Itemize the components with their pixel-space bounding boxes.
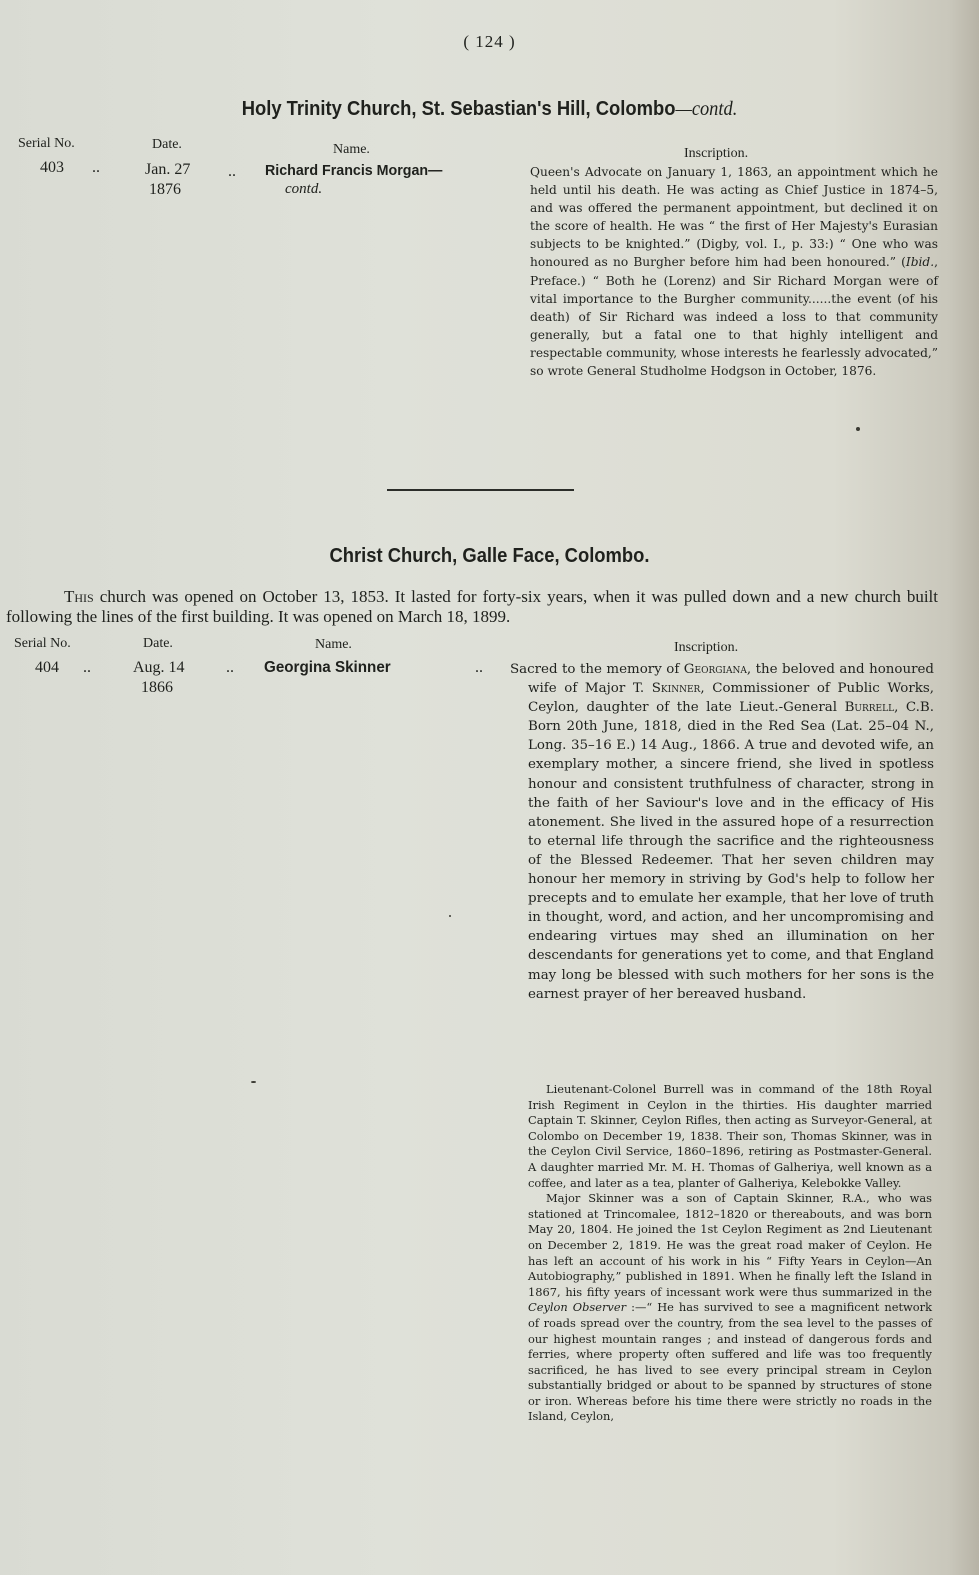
inscription-smallcaps: Burrell [845, 700, 895, 715]
notes-italic: Ceylon Observer [528, 1300, 626, 1314]
inscription-smallcaps: Skinner [652, 681, 701, 696]
col-header-serial: Serial No. [18, 136, 75, 152]
col-header-name: Name. [315, 637, 352, 653]
date-day: Aug. 14 [133, 658, 185, 678]
entry-name: Georgina Skinner [264, 659, 391, 677]
inscription-text: , Preface.) “ Both he (Lorenz) and Sir R… [530, 255, 938, 378]
dots: .. [228, 162, 236, 182]
intro-text: church was opened on October 13, 1853. I… [6, 587, 938, 626]
section-divider [387, 489, 574, 491]
heading-text: Holy Trinity Church, St. Sebastian's Hil… [242, 98, 676, 120]
notes-text: Major Skinner was a son of Captain Skinn… [528, 1191, 932, 1299]
paper-speck [449, 915, 451, 917]
section-heading-holy-trinity: Holy Trinity Church, St. Sebastian's Hil… [39, 98, 940, 121]
section-heading-christ-church: Christ Church, Galle Face, Colombo. [39, 545, 940, 568]
date-day: Jan. 27 [145, 160, 190, 180]
dots: .. [83, 658, 91, 678]
inscription-text: Queen's Advocate on January 1, 1863, an … [530, 165, 938, 269]
col-header-inscription: Inscription. [674, 640, 738, 656]
name-suffix: contd. [265, 179, 452, 199]
paper-speck [251, 1081, 256, 1083]
col-header-date: Date. [143, 636, 173, 652]
entry-notes: Lieutenant-Colonel Burrell was in comman… [528, 1082, 932, 1425]
dots: .. [92, 158, 100, 178]
entry-name: Richard Francis Morgan— contd. [265, 162, 452, 199]
page-number: ( 124 ) [0, 32, 979, 52]
col-header-name: Name. [333, 142, 370, 158]
inscription-smallcaps: Georgiana [684, 662, 747, 677]
inscription-italic: Ibid. [906, 255, 934, 269]
col-header-inscription: Inscription. [684, 146, 748, 162]
col-header-serial: Serial No. [14, 636, 71, 652]
entry-inscription: Sacred to the memory of Georgiana, the b… [510, 660, 934, 1004]
inscription-text: , C.B. Born 20th June, 1818, died in the… [528, 700, 934, 1001]
col-header-date: Date. [152, 137, 182, 153]
entry-date: Jan. 27 1876 [145, 160, 190, 200]
notes-paragraph: Lieutenant-Colonel Burrell was in comman… [528, 1082, 932, 1191]
date-year: 1876 [145, 180, 190, 200]
date-year: 1866 [133, 678, 185, 698]
entry-serial: 403 [40, 158, 64, 178]
notes-text: :—“ He has survived to see a magnificent… [528, 1300, 932, 1423]
dots: .. [226, 658, 234, 678]
dots: .. [475, 658, 483, 678]
intro-smallcaps: This [64, 587, 94, 606]
heading-suffix: —contd. [675, 98, 737, 120]
entry-date: Aug. 14 1866 [133, 658, 185, 698]
name-text: Richard Francis Morgan— [265, 162, 442, 179]
inscription-paragraph: Sacred to the memory of Georgiana, the b… [510, 660, 934, 1004]
paper-speck [856, 427, 860, 431]
notes-paragraph: Major Skinner was a son of Captain Skinn… [528, 1191, 932, 1425]
inscription-text: Sacred to the memory of [510, 662, 684, 677]
entry-serial: 404 [35, 658, 59, 678]
entry-inscription: Queen's Advocate on January 1, 1863, an … [530, 163, 938, 380]
section-intro: This church was opened on October 13, 18… [6, 587, 938, 627]
